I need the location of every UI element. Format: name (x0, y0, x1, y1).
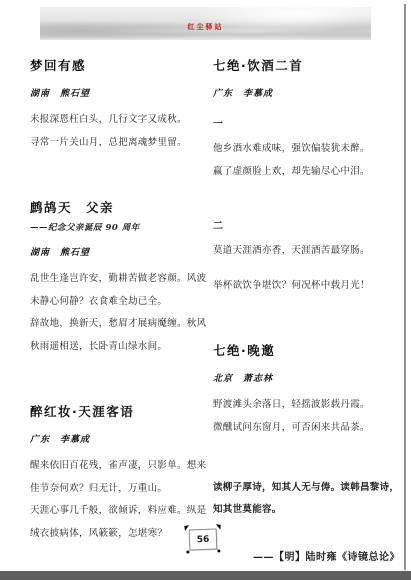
author-name: 熊石望 (60, 89, 90, 99)
author-region: 广东 (213, 89, 233, 99)
quote-attribution: ——【明】陆时雍《诗镜总论》 (253, 548, 385, 563)
poem-line: 未报深恩枉白头，几行文字又成秋。 (30, 115, 200, 125)
poem-line: 他乡酒水难成味，强饮偏装犹未醉。 (213, 144, 385, 154)
poem-line: 秋雨遥相送，长卧青山绿水间。 (30, 342, 200, 352)
author-region: 北京 (213, 374, 233, 384)
poem-menghui-yougan: 梦回有感 湖南 熊石望 未报深恩枉白头，几行文字又成秋。 寻常一片关山月，总把离… (30, 56, 200, 147)
poem-line: 绒衣披病体，风簌簌，怎堪寒？ (30, 529, 200, 539)
poem-author: 广东 李慕成 (30, 432, 200, 445)
author-region: 湖南 (30, 89, 50, 99)
page-edge-shadow-bottom (0, 571, 411, 580)
poem-line: 佳节奈何欢？归无计，万重山。 (30, 484, 200, 494)
page-number: 56 (197, 534, 210, 544)
author-name: 李慕成 (60, 435, 90, 445)
poem-title: 七绝·晚邀 (213, 341, 385, 359)
poem-section-one: 一 他乡酒水难成味，强饮偏装犹未醉。 赢了虚颜脸上欢，却先输尽心中泪。 (213, 115, 385, 176)
poem-line: 辞故地，换新天，愁眉才展病魔缠。秋风 (30, 319, 200, 329)
poem-author: 湖南 熊石望 (30, 86, 200, 99)
pin-mark-icon (186, 550, 189, 553)
page-number-box: 56 (189, 529, 218, 551)
poem-body: 未报深恩枉白头，几行文字又成秋。 寻常一片关山月，总把离魂梦里留。 (30, 115, 200, 147)
poem-title: 七绝·饮酒二首 (213, 56, 385, 74)
author-name: 萧志林 (243, 374, 273, 384)
poem-body: 野渡滩头余落日，轻摇波影载丹霞。 微醺试问东窗月，可否闲来共品茶。 (213, 400, 385, 432)
author-name: 李慕成 (243, 89, 273, 99)
section-label: 二 (213, 217, 385, 232)
poem-zuihongzhuang: 醉红妆·天涯客语 广东 李慕成 醒来依旧百花残，雀声凄，只影单。想来 佳节奈何欢… (30, 402, 200, 538)
pin-mark-icon (217, 549, 220, 552)
poem-line: 天涯心事几千般，欲倾诉，料应难。纵是 (30, 506, 200, 516)
poem-author: 北京 萧志林 (213, 371, 385, 384)
poem-line: 举杯欲饮争堪饮？何况杯中载月光！ (213, 281, 385, 291)
poem-line: 未静心何静？衣食难全劫已全。 (30, 297, 200, 307)
poem-zhegutian-fuqin: 鹧鸪天 父亲 ——纪念父亲诞辰 90 周年 湖南 熊石望 乱世生逢岂许安，勤耕苦… (30, 198, 200, 351)
right-column: 七绝·饮酒二首 广东 李慕成 一 他乡酒水难成味，强饮偏装犹未醉。 赢了虚颜脸上… (213, 56, 385, 563)
author-region: 湖南 (30, 248, 50, 258)
poem-title: 梦回有感 (30, 56, 200, 74)
poem-title: 醉红妆·天涯客语 (30, 402, 200, 420)
author-region: 广东 (30, 435, 50, 445)
pin-mark-icon (184, 525, 190, 531)
poem-line: 莫道天涯酒亦香，天涯酒苦最穿肠。 (213, 246, 385, 256)
poem-line: 乱世生逢岂许安，勤耕苦做老容颜。风波 (30, 274, 200, 284)
quote-line: 知其世莫能容。 (213, 505, 385, 515)
quote-line: 读柳子厚诗，知其人无与俦。读韩昌黎诗， (213, 483, 385, 493)
poem-qijue-yinjiu: 七绝·饮酒二首 广东 李慕成 一 他乡酒水难成味，强饮偏装犹未醉。 赢了虚颜脸上… (213, 56, 385, 290)
page-edge-shadow-right (404, 4, 406, 570)
poem-subtitle: ——纪念父亲诞辰 90 周年 (30, 221, 200, 233)
poem-line: 微醺试问东窗月，可否闲来共品茶。 (213, 423, 385, 433)
poem-line: 野渡滩头余落日，轻摇波影载丹霞。 (213, 400, 385, 410)
left-column: 梦回有感 湖南 熊石望 未报深恩枉白头，几行文字又成秋。 寻常一片关山月，总把离… (30, 56, 200, 551)
poem-title: 鹧鸪天 父亲 (30, 198, 200, 216)
poem-line: 赢了虚颜脸上欢，却先输尽心中泪。 (213, 167, 385, 177)
critical-quote: 读柳子厚诗，知其人无与俦。读韩昌黎诗， 知其世莫能容。 ——【明】陆时雍《诗镜总… (213, 483, 385, 563)
poem-author: 广东 李慕成 (213, 86, 385, 99)
poem-author: 湖南 熊石望 (30, 245, 200, 258)
poem-section-two: 二 莫道天涯酒亦香，天涯酒苦最穿肠。 举杯欲饮争堪饮？何况杯中载月光！ (213, 217, 385, 290)
magazine-page: 红尘驿站 梦回有感 湖南 熊石望 未报深恩枉白头，几行文字又成秋。 寻常一片关山… (0, 0, 411, 580)
poem-line: 寻常一片关山月，总把离魂梦里留。 (30, 138, 200, 148)
journal-title: 红尘驿站 (188, 22, 224, 32)
poem-body: 乱世生逢岂许安，勤耕苦做老容颜。风波 未静心何静？衣食难全劫已全。 辞故地，换新… (30, 274, 200, 351)
section-label: 一 (213, 115, 385, 130)
poem-qijue-wanyao: 七绝·晚邀 北京 萧志林 野渡滩头余落日，轻摇波影载丹霞。 微醺试问东窗月，可否… (213, 341, 385, 432)
poem-body: 醒来依旧百花残，雀声凄，只影单。想来 佳节奈何欢？归无计，万重山。 天涯心事几千… (30, 461, 200, 538)
pin-mark-icon (215, 524, 220, 529)
header-banner-image: 红尘驿站 (40, 7, 371, 40)
author-name: 熊石望 (60, 248, 90, 258)
poem-line: 醒来依旧百花残，雀声凄，只影单。想来 (30, 461, 200, 471)
